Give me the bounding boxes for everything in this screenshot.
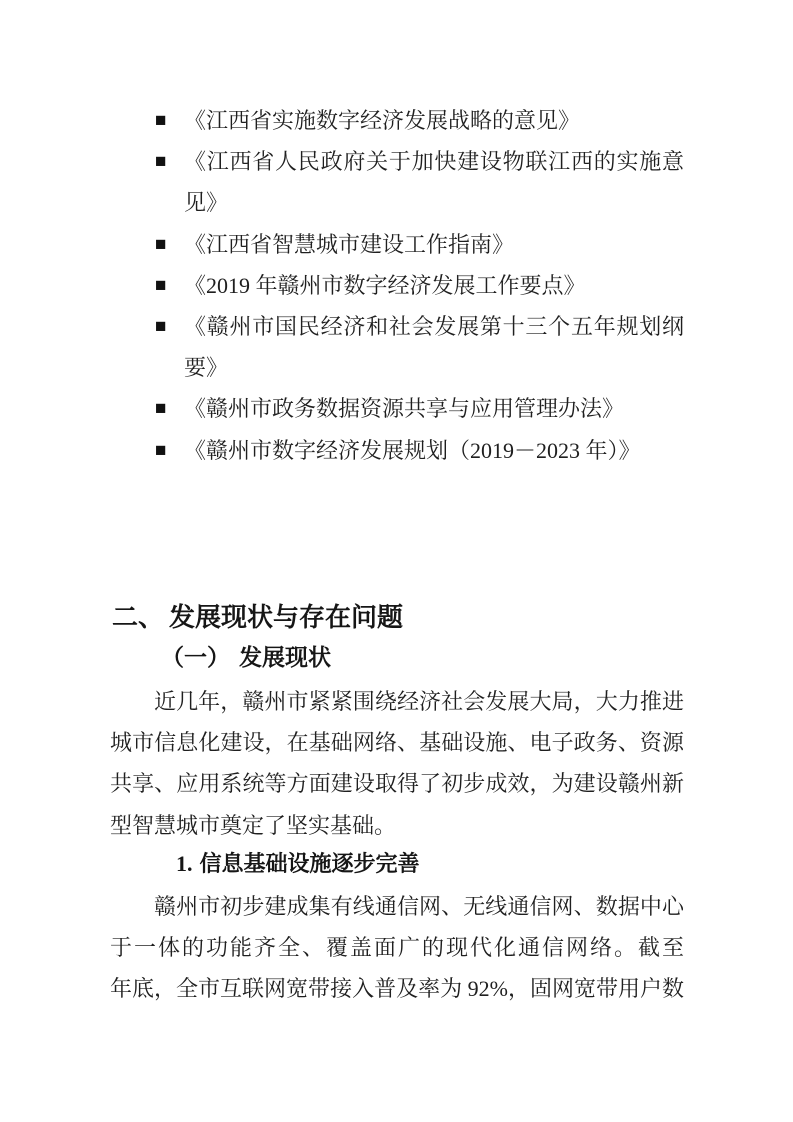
list-item-text: 《赣州市政务数据资源共享与应用管理办法》 (184, 388, 684, 429)
paragraph-line: 近几年，赣州市紧紧围绕经济社会发展大局，大力推进 (110, 681, 684, 722)
sub-heading-number: （一） (161, 645, 230, 670)
numbered-heading-number: 1. (176, 851, 193, 876)
numbered-heading-title: 信息基础设施逐步完善 (200, 851, 420, 876)
paragraph-line: 于一体的功能齐全、覆盖面广的现代化通信网络。截至 2018 (110, 927, 684, 968)
list-item-continuation: 要》 (110, 347, 684, 388)
bullet-square-icon: ■ (155, 388, 166, 429)
section-heading: 二、发展现状与存在问题 (112, 597, 403, 638)
bullet-square-icon: ■ (155, 306, 166, 347)
list-item-text: 《赣州市数字经济发展规划（2019－2023 年）》 (184, 430, 684, 471)
paragraph-line: 型智慧城市奠定了坚实基础。 (110, 805, 684, 846)
paragraph: 近几年，赣州市紧紧围绕经济社会发展大局，大力推进 城市信息化建设，在基础网络、基… (110, 681, 684, 846)
bullet-square-icon: ■ (155, 141, 166, 182)
list-item-text: 《江西省实施数字经济发展战略的意见》 (184, 100, 684, 141)
document-page: ■ 《江西省实施数字经济发展战略的意见》 ■ 《江西省人民政府关于加快建设物联江… (0, 0, 793, 1122)
list-item-text: 《江西省智慧城市建设工作指南》 (184, 224, 684, 265)
list-item: ■ 《江西省实施数字经济发展战略的意见》 (110, 100, 684, 141)
paragraph: 赣州市初步建成集有线通信网、无线通信网、数据中心 于一体的功能齐全、覆盖面广的现… (110, 886, 684, 1010)
list-item-continuation: 见》 (110, 182, 684, 223)
reference-document-list: ■ 《江西省实施数字经济发展战略的意见》 ■ 《江西省人民政府关于加快建设物联江… (110, 100, 684, 471)
list-item-text: 《2019 年赣州市数字经济发展工作要点》 (184, 265, 684, 306)
list-item-text: 《江西省人民政府关于加快建设物联江西的实施意 (184, 141, 684, 182)
bullet-square-icon: ■ (155, 100, 166, 141)
list-item-text: 《赣州市国民经济和社会发展第十三个五年规划纲 (184, 306, 684, 347)
sub-heading: （一）发展现状 (161, 637, 331, 678)
bullet-square-icon: ■ (155, 430, 166, 471)
paragraph-line: 共享、应用系统等方面建设取得了初步成效，为建设赣州新 (110, 763, 684, 804)
sub-heading-title: 发展现状 (239, 645, 331, 670)
list-item: ■ 《赣州市政务数据资源共享与应用管理办法》 (110, 388, 684, 429)
paragraph-line: 赣州市初步建成集有线通信网、无线通信网、数据中心 (110, 886, 684, 927)
list-item: ■ 《2019 年赣州市数字经济发展工作要点》 (110, 265, 684, 306)
list-item-text: 要》 (184, 347, 684, 388)
section-heading-title: 发展现状与存在问题 (169, 602, 403, 632)
paragraph-line: 年底，全市互联网宽带接入普及率为 92%，固网宽带用户数 (110, 968, 684, 1009)
list-item: ■ 《赣州市国民经济和社会发展第十三个五年规划纲 (110, 306, 684, 347)
numbered-heading: 1.信息基础设施逐步完善 (176, 843, 420, 884)
section-heading-number: 二、 (112, 602, 164, 632)
bullet-square-icon: ■ (155, 224, 166, 265)
list-item-text: 见》 (184, 182, 684, 223)
bullet-square-icon: ■ (155, 265, 166, 306)
list-item: ■ 《江西省智慧城市建设工作指南》 (110, 224, 684, 265)
paragraph-line: 城市信息化建设，在基础网络、基础设施、电子政务、资源 (110, 722, 684, 763)
list-item: ■ 《江西省人民政府关于加快建设物联江西的实施意 (110, 141, 684, 182)
list-item: ■ 《赣州市数字经济发展规划（2019－2023 年）》 (110, 430, 684, 471)
